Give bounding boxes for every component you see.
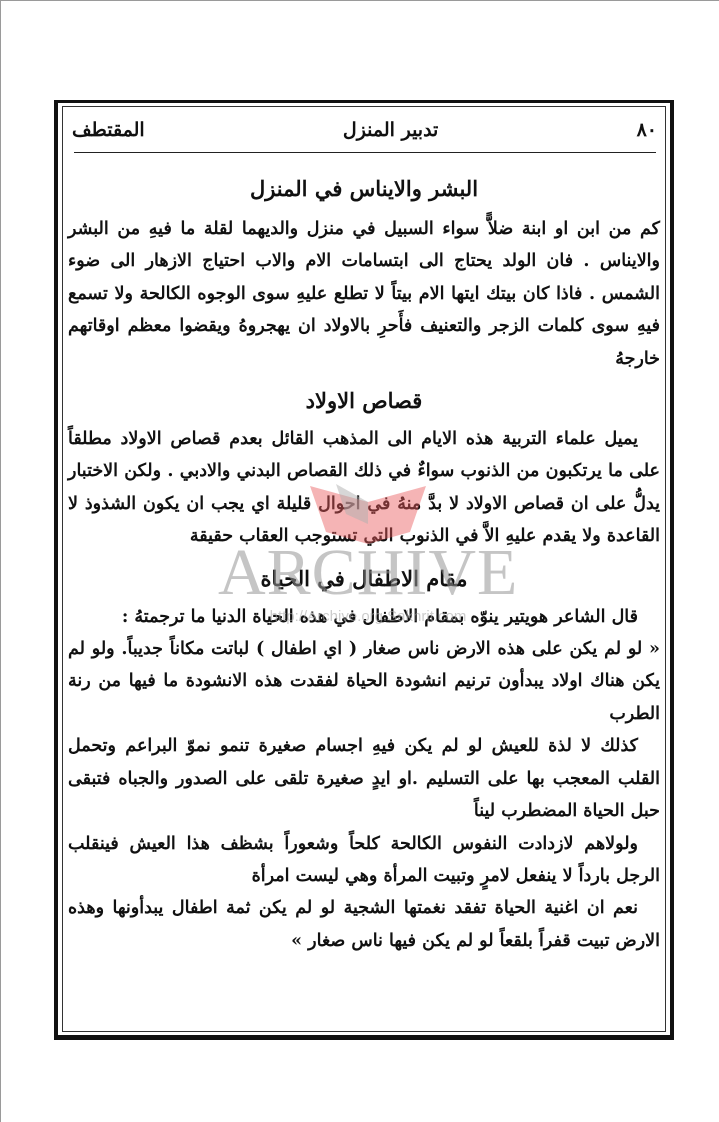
section-title: قصاص الاولاد (68, 379, 660, 423)
viewer-edge-left (0, 0, 1, 1122)
section-title: مقام الاطفال في الحياة (68, 557, 660, 601)
paragraph: يميل علماء التربية هذه الايام الى المذهب… (68, 423, 660, 553)
header-divider (74, 152, 656, 153)
paragraph: كم من ابن او ابنة ضلاًّ سواء السبيل في م… (68, 213, 660, 375)
paragraph: « لو لم يكن على هذه الارض ناس صغار ( اي … (68, 633, 660, 730)
running-head: ٨٠ تدبير المنزل المقتطف (72, 112, 657, 148)
paragraph: قال الشاعر هويتير ينوّه بمقام الاطفال في… (68, 601, 660, 633)
page-number: ٨٠ (637, 119, 657, 141)
section-title: البشر والايناس في المنزل (68, 165, 660, 213)
paragraph: نعم ان اغنية الحياة تفقد نغمتها الشجية ل… (68, 892, 660, 957)
running-title: تدبير المنزل (343, 119, 438, 141)
paragraph: ولولاهم لازدادت النفوس الكالحة كلحاً وشع… (68, 828, 660, 893)
paragraph: كذلك لا لذة للعيش لو لم يكن فيهِ اجسام ص… (68, 730, 660, 827)
journal-name: المقتطف (72, 119, 145, 141)
article-body: البشر والايناس في المنزل كم من ابن او اب… (68, 165, 660, 957)
viewer-edge-top (0, 0, 719, 1)
